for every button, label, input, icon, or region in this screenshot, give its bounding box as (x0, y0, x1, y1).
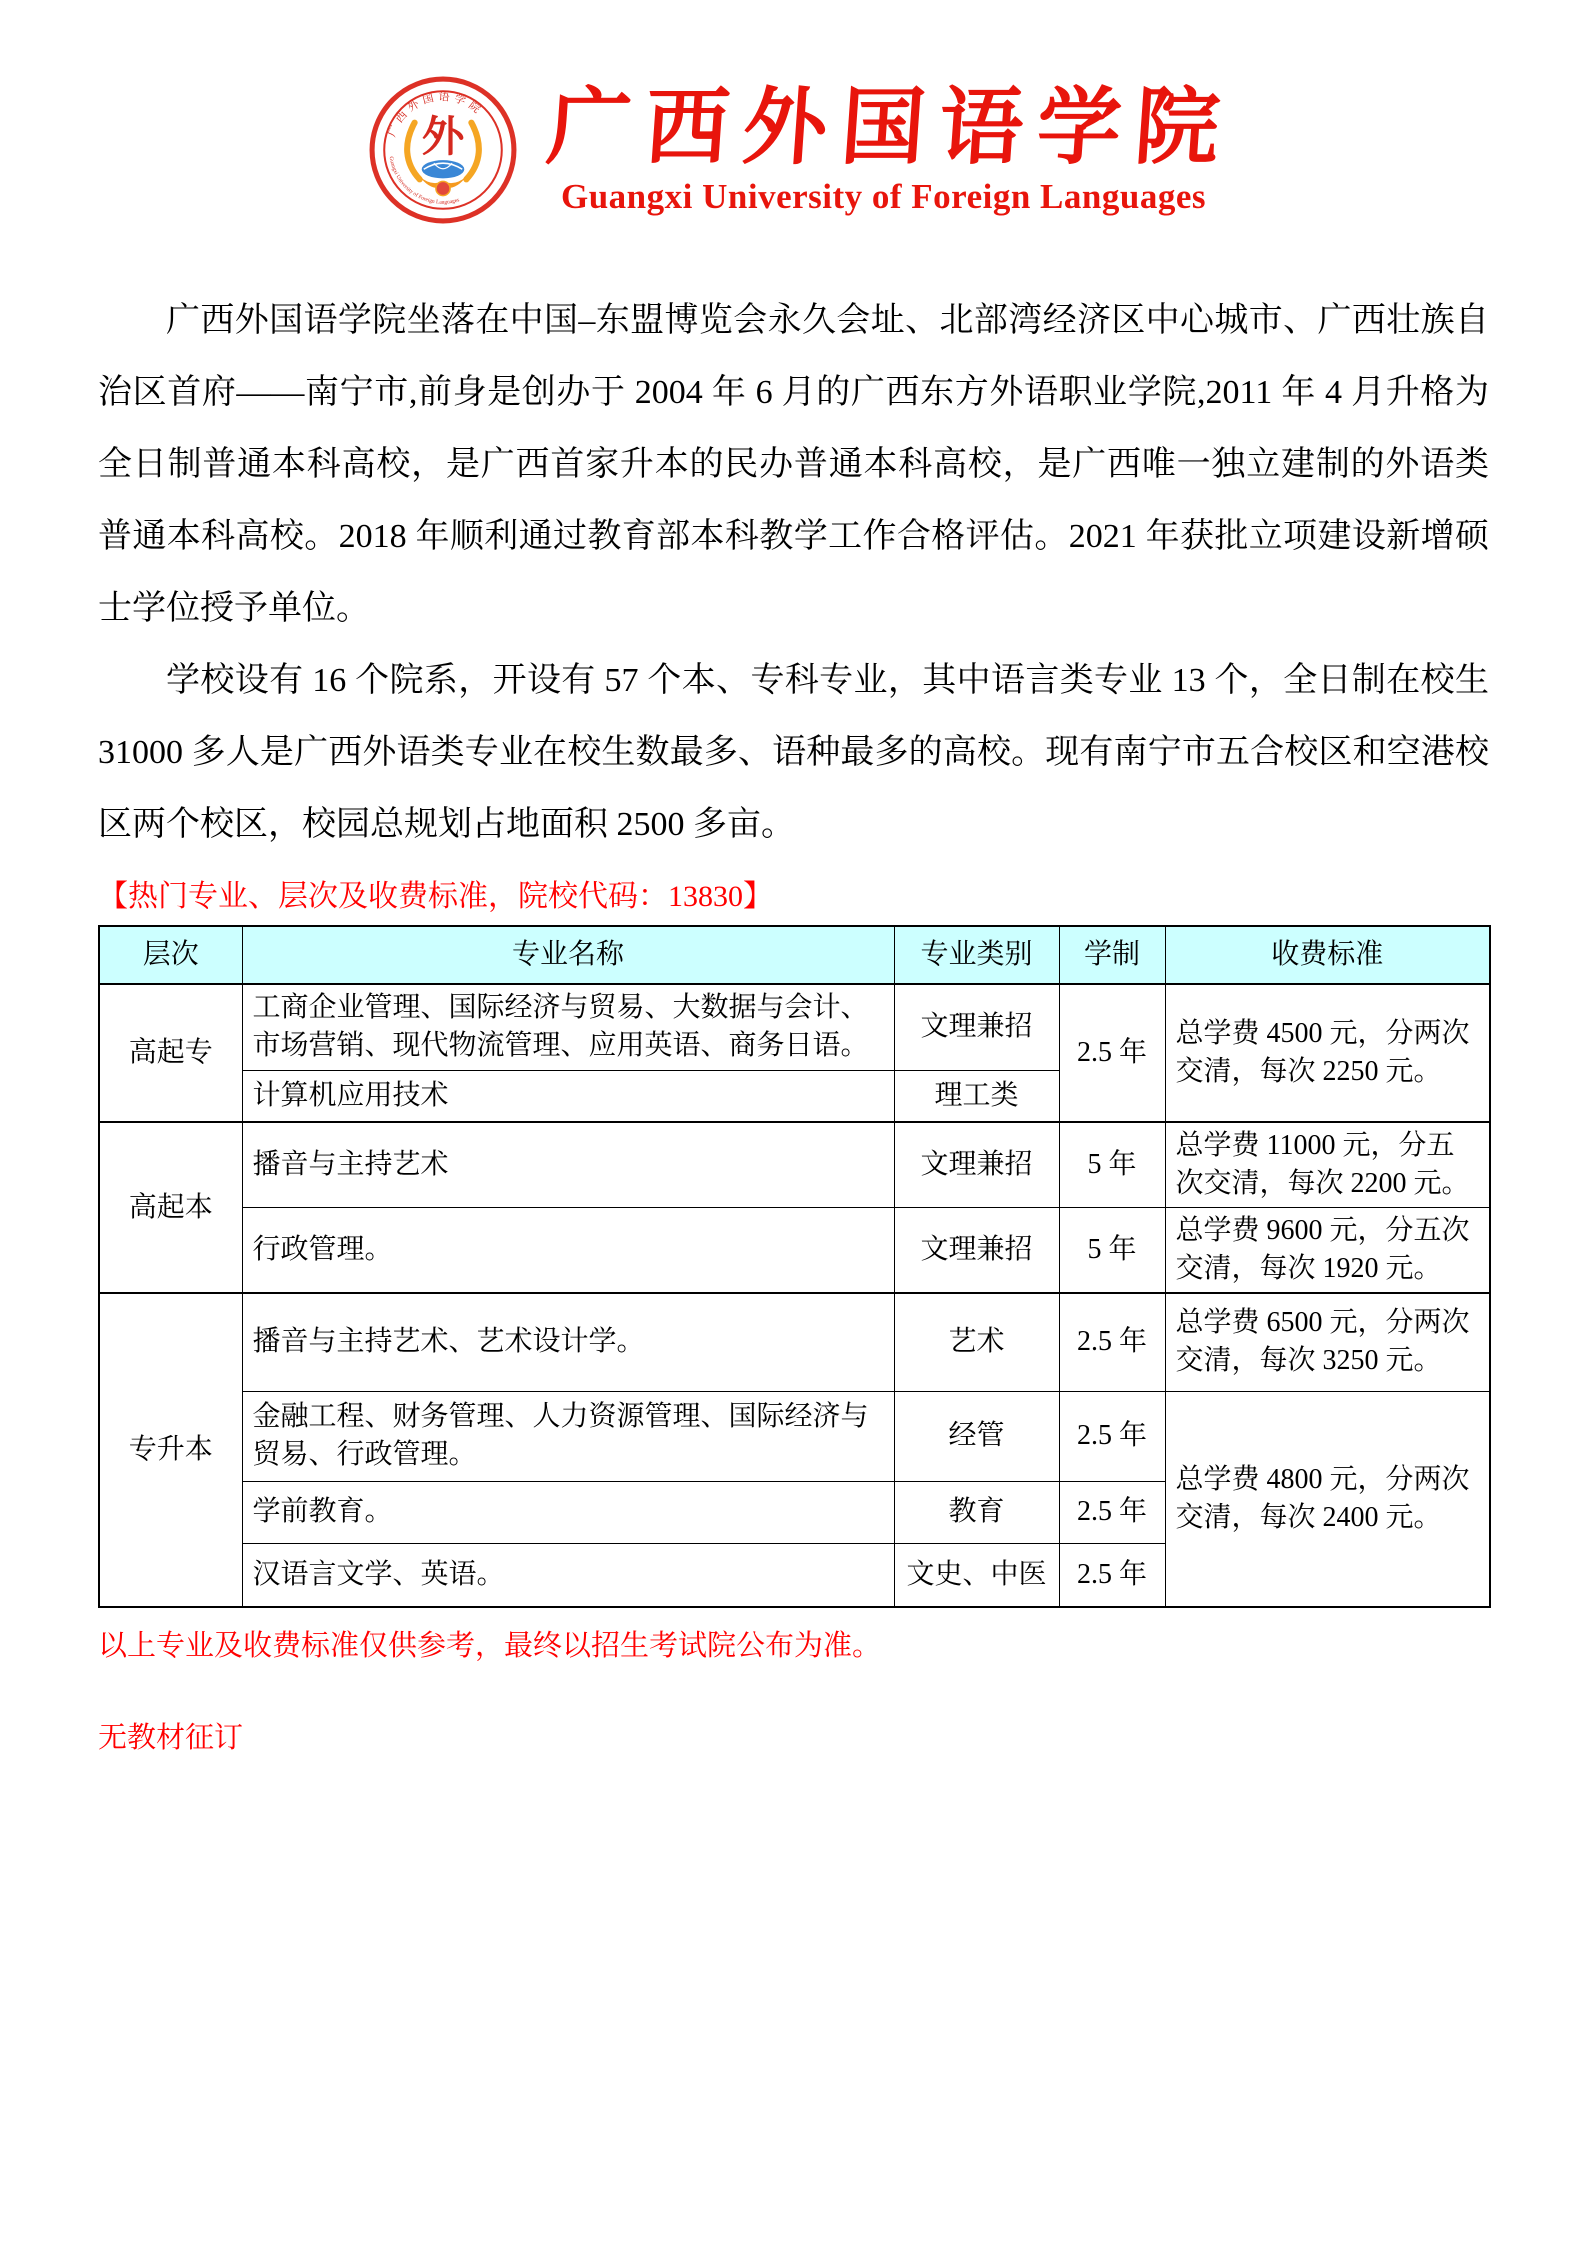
majors-cell: 工商企业管理、国际经济与贸易、大数据与会计、市场营销、现代物流管理、应用英语、商… (242, 984, 894, 1070)
table-row: 金融工程、财务管理、人力资源管理、国际经济与贸易、行政管理。 经管 2.5 年 … (99, 1391, 1490, 1481)
level-cell: 高起本 (99, 1122, 242, 1293)
majors-fees-table: 层次 专业名称 专业类别 学制 收费标准 高起专 工商企业管理、国际经济与贸易、… (98, 925, 1491, 1608)
level-cell: 高起专 (99, 984, 242, 1122)
category-cell: 文理兼招 (894, 984, 1059, 1070)
fee-cell: 总学费 4800 元，分两次交清，每次 2400 元。 (1165, 1391, 1490, 1607)
duration-cell: 2.5 年 (1059, 1293, 1165, 1391)
category-cell: 经管 (894, 1391, 1059, 1481)
header-fee: 收费标准 (1165, 926, 1490, 984)
seal-blue-lotus (422, 160, 465, 178)
majors-cell: 播音与主持艺术 (242, 1122, 894, 1208)
seal-center-glyph: 外 (422, 114, 466, 161)
category-cell: 文史、中医 (894, 1543, 1059, 1607)
category-cell: 文理兼招 (894, 1122, 1059, 1208)
fee-cell: 总学费 9600 元，分五次交清，每次 1920 元。 (1165, 1208, 1490, 1294)
duration-cell: 2.5 年 (1059, 984, 1165, 1122)
majors-cell: 行政管理。 (242, 1208, 894, 1294)
duration-cell: 2.5 年 (1059, 1543, 1165, 1607)
header-level: 层次 (99, 926, 242, 984)
university-seal-icon: 广西外国语学院 Guangxi University of Foreign La… (367, 74, 519, 226)
table-row: 行政管理。 文理兼招 5 年 总学费 9600 元，分五次交清，每次 1920 … (99, 1208, 1490, 1294)
category-cell: 艺术 (894, 1293, 1059, 1391)
document-page: 广西外国语学院 Guangxi University of Foreign La… (0, 0, 1587, 2245)
seal-red-ball (436, 181, 450, 195)
majors-cell: 汉语言文学、英语。 (242, 1543, 894, 1607)
table-row: 专升本 播音与主持艺术、艺术设计学。 艺术 2.5 年 总学费 6500 元，分… (99, 1293, 1490, 1391)
disclaimer-note: 以上专业及收费标准仅供参考，最终以招生考试院公布为准。 (98, 1626, 1489, 1666)
duration-cell: 2.5 年 (1059, 1481, 1165, 1543)
no-textbook-note: 无教材征订 (98, 1718, 1489, 1758)
fee-cell: 总学费 6500 元，分两次交清，每次 3250 元。 (1165, 1293, 1490, 1391)
logo-text-block: 广西外国语学院 Guangxi University of Foreign La… (547, 83, 1219, 217)
university-name-english: Guangxi University of Foreign Languages (561, 177, 1206, 217)
intro-paragraph-1: 广西外国语学院坐落在中国–东盟博览会永久会址、北部湾经济区中心城市、广西壮族自治… (98, 285, 1489, 645)
majors-cell: 学前教育。 (242, 1481, 894, 1543)
fee-cell: 总学费 4500 元，分两次交清，每次 2250 元。 (1165, 984, 1490, 1122)
category-cell: 教育 (894, 1481, 1059, 1543)
header-major-category: 专业类别 (894, 926, 1059, 984)
duration-cell: 5 年 (1059, 1208, 1165, 1294)
majors-cell: 金融工程、财务管理、人力资源管理、国际经济与贸易、行政管理。 (242, 1391, 894, 1481)
duration-cell: 5 年 (1059, 1122, 1165, 1208)
table-row: 高起专 工商企业管理、国际经济与贸易、大数据与会计、市场营销、现代物流管理、应用… (99, 984, 1490, 1070)
category-cell: 文理兼招 (894, 1208, 1059, 1294)
university-name-calligraphy: 广西外国语学院 (544, 83, 1236, 175)
intro-paragraph-2: 学校设有 16 个院系，开设有 57 个本、专科专业，其中语言类专业 13 个，… (98, 645, 1489, 861)
table-header-row: 层次 专业名称 专业类别 学制 收费标准 (99, 926, 1490, 984)
duration-cell: 2.5 年 (1059, 1391, 1165, 1481)
section-heading: 【热门专业、层次及收费标准，院校代码：13830】 (98, 877, 1489, 917)
category-cell: 理工类 (894, 1070, 1059, 1122)
university-logo: 广西外国语学院 Guangxi University of Foreign La… (98, 55, 1489, 245)
header-major-name: 专业名称 (242, 926, 894, 984)
level-cell: 专升本 (99, 1293, 242, 1607)
majors-cell: 计算机应用技术 (242, 1070, 894, 1122)
majors-cell: 播音与主持艺术、艺术设计学。 (242, 1293, 894, 1391)
table-row: 高起本 播音与主持艺术 文理兼招 5 年 总学费 11000 元，分五次交清，每… (99, 1122, 1490, 1208)
fee-cell: 总学费 11000 元，分五次交清，每次 2200 元。 (1165, 1122, 1490, 1208)
header-duration: 学制 (1059, 926, 1165, 984)
